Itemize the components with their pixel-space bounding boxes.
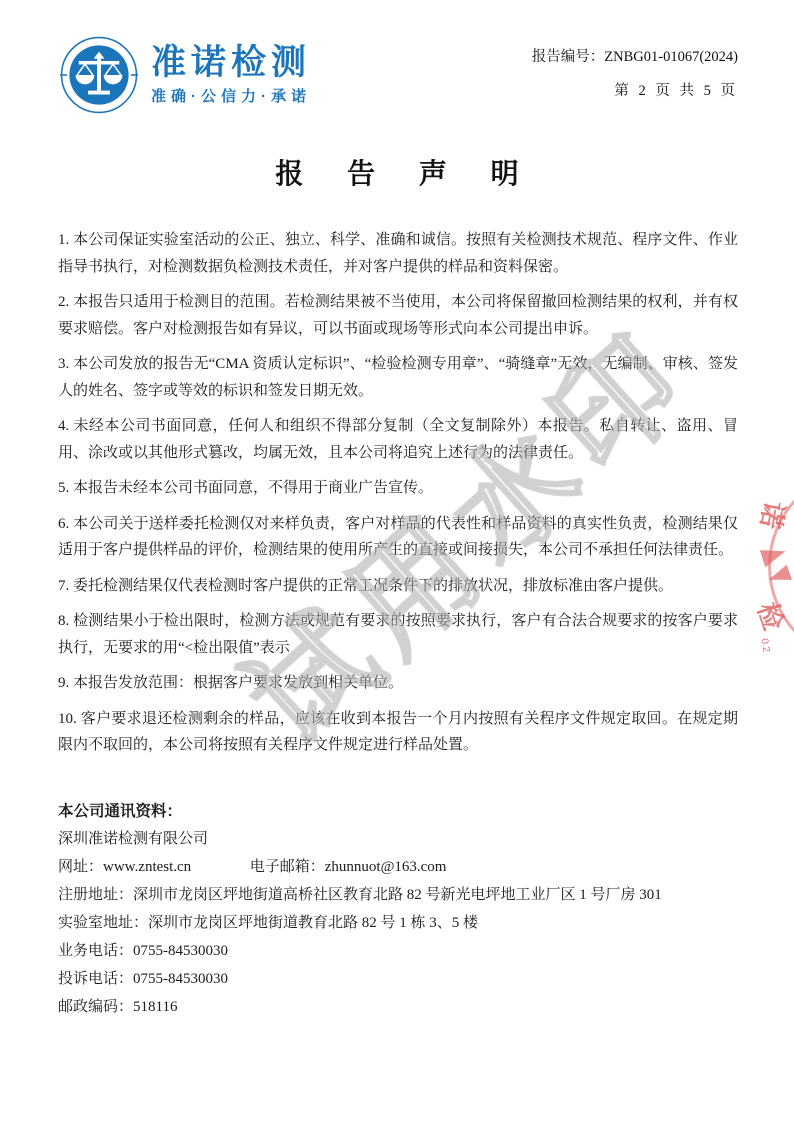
business-phone-value: 0755-84530030 — [133, 943, 228, 959]
brand-name: 准诺检测 — [151, 44, 311, 83]
contact-web-email-row: 网址：www.zntest.cn 电子邮箱：zhunnuot@163.com — [58, 859, 738, 877]
page-header: 准诺检测 准确·公信力·承诺 报告编号：ZNBG01-01067(2024) 第… — [0, 0, 794, 114]
lab-address-label: 实验室地址： — [58, 915, 148, 931]
statement-list: 1. 本公司保证实验室活动的公正、独立、科学、准确和诚信。按照有关检测技术规范、… — [0, 227, 794, 759]
report-number-value: ZNBG01-01067(2024) — [604, 49, 738, 65]
contact-complaint-phone: 投诉电话：0755-84530030 — [58, 971, 738, 989]
contact-postal-code: 邮政编码：518116 — [58, 999, 738, 1017]
statement-item-4: 4. 未经本公司书面同意，任何人和组织不得部分复制（全文复制除外）本报告。私自转… — [58, 413, 738, 466]
contact-registered-address: 注册地址：深圳市龙岗区坪地街道高桥社区教育北路 82 号新光电坪地工业厂区 1 … — [58, 887, 738, 905]
contact-business-phone: 业务电话：0755-84530030 — [58, 943, 738, 961]
complaint-phone-value: 0755-84530030 — [133, 971, 228, 987]
contact-company: 深圳准诺检测有限公司 — [58, 831, 738, 849]
company-brand: 准诺检测 准确·公信力·承诺 — [60, 36, 311, 114]
registered-address-label: 注册地址： — [58, 887, 133, 903]
website-label: 网址： — [58, 859, 103, 875]
website-group: 网址：www.zntest.cn — [58, 859, 246, 877]
brand-tagline: 准确·公信力·承诺 — [151, 85, 311, 106]
statement-item-6: 6. 本公司关于送样委托检测仅对来样负责，客户对样品的代表性和样品资料的真实性负… — [58, 511, 738, 564]
statement-item-10: 10. 客户要求退还检测剩余的样品，应该在收到本报告一个月内按照有关程序文件规定… — [58, 706, 738, 759]
registered-address-value: 深圳市龙岗区坪地街道高桥社区教育北路 82 号新光电坪地工业厂区 1 号厂房 3… — [133, 887, 662, 903]
report-number: 报告编号：ZNBG01-01067(2024) — [532, 50, 738, 65]
email-value: zhunnuot@163.com — [325, 859, 447, 875]
postal-code-value: 518116 — [133, 999, 177, 1015]
brand-text: 准诺检测 准确·公信力·承诺 — [151, 44, 311, 107]
statement-item-5: 5. 本报告未经本公司书面同意，不得用于商业广告宣传。 — [58, 475, 738, 502]
page-title: 报 告 声 明 — [0, 152, 794, 192]
statement-item-1: 1. 本公司保证实验室活动的公正、独立、科学、准确和诚信。按照有关检测技术规范、… — [58, 227, 738, 280]
contact-info: 本公司通讯资料： 深圳准诺检测有限公司 网址：www.zntest.cn 电子邮… — [0, 803, 794, 1017]
report-page: 准诺检测 准确·公信力·承诺 报告编号：ZNBG01-01067(2024) 第… — [0, 0, 794, 1122]
header-meta: 报告编号：ZNBG01-01067(2024) 第 2 页 共 5 页 — [532, 36, 738, 98]
lab-address-value: 深圳市龙岗区坪地街道教育北路 82 号 1 栋 3、5 楼 — [148, 915, 478, 931]
statement-item-8: 8. 检测结果小于检出限时，检测方法或规范有要求的按照要求执行，客户有合法合规要… — [58, 608, 738, 661]
report-number-label: 报告编号： — [532, 49, 605, 65]
business-phone-label: 业务电话： — [58, 943, 133, 959]
complaint-phone-label: 投诉电话： — [58, 971, 133, 987]
email-label: 电子邮箱： — [250, 859, 325, 875]
statement-item-9: 9. 本报告发放范围：根据客户要求发放到相关单位。 — [58, 670, 738, 697]
contact-lab-address: 实验室地址：深圳市龙岗区坪地街道教育北路 82 号 1 栋 3、5 楼 — [58, 915, 738, 933]
scales-logo-icon — [60, 36, 138, 114]
statement-item-7: 7. 委托检测结果仅代表检测时客户提供的正常工况条件下的排放状况，排放标准由客户… — [58, 573, 738, 600]
statement-item-2: 2. 本报告只适用于检测目的范围。若检测结果被不当使用，本公司将保留撤回检测结果… — [58, 289, 738, 342]
website-value: www.zntest.cn — [103, 859, 191, 875]
statement-item-3: 3. 本公司发放的报告无“CMA 资质认定标识”、“检验检测专用章”、“骑缝章”… — [58, 351, 738, 404]
page-number: 第 2 页 共 5 页 — [532, 84, 738, 99]
postal-code-label: 邮政编码： — [58, 999, 133, 1015]
contact-heading: 本公司通讯资料： — [58, 803, 738, 821]
